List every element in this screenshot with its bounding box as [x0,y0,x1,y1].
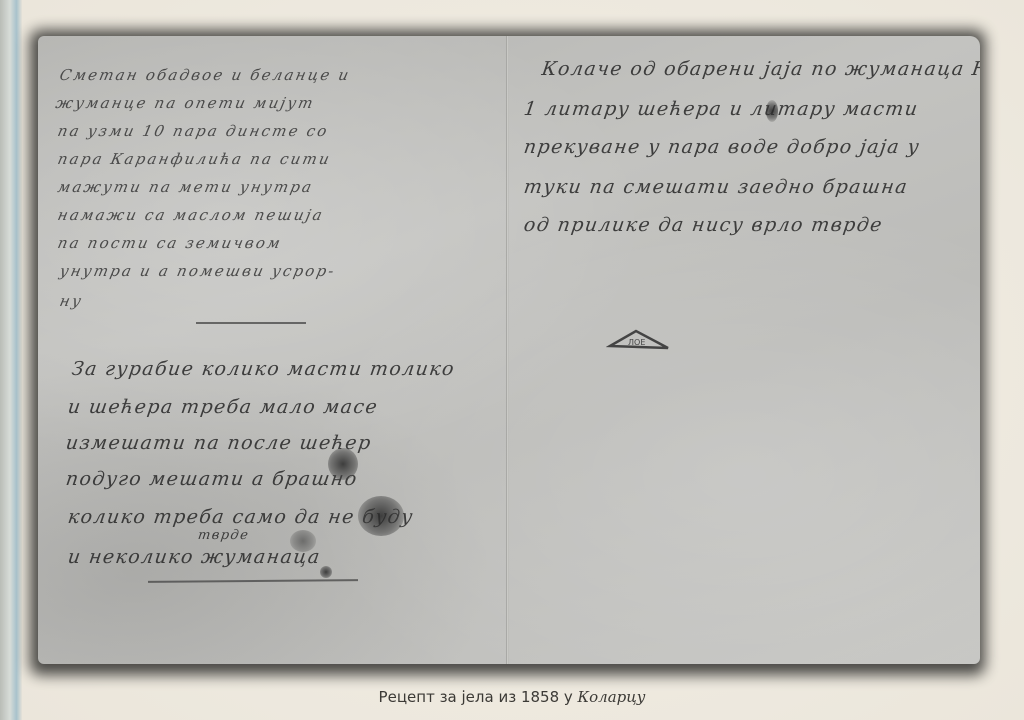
left-page: Сметан обадвое и беланце и жуманце па оп… [38,36,506,664]
handwriting-line: унутра и а помешви усрор- [58,262,338,280]
handwriting-line: и неколико жуманаца [66,546,322,568]
handwriting-line: 1 литару шећера и литару масти [522,98,920,120]
separator-rule [196,322,306,324]
ink-stain [358,496,404,536]
center-fold [506,36,509,664]
handwriting-line: За гурабие колико масти толико [70,358,456,380]
ink-stain [328,448,358,480]
handwriting-line: Колаче од обарени јаја по жуманаца На [540,58,980,80]
handwriting-line: од прилике да нису врло тврде [522,214,884,236]
handwriting-line: подуго мешати а брашно [64,468,359,490]
handwriting-line: прекуване у пара воде добро јаја у [522,136,921,158]
figure-caption: Рецепт за јела из 1858 у Коларцу [0,688,1024,706]
handwriting-line: ну [58,292,85,310]
handwriting-line: измешати па после шећер [64,432,373,454]
handwriting-line: намажи са маслом пешија [56,206,326,224]
handwriting-line: мажути па мети унутра [56,178,315,196]
svg-text:ЛОЕ: ЛОЕ [628,338,645,347]
handwriting-line: туки па смешати заедно брашна [522,176,909,198]
caption-text: Рецепт за јела из 1858 у [379,688,578,706]
handwriting-line: жуманце па опети мијут [54,94,317,112]
book-gutter [0,0,22,720]
handwriting-line: па пости са земичвом [56,234,284,252]
ink-stain [320,566,332,578]
handwriting-line: па узми 10 пара динсте со [56,122,330,140]
ink-stain [290,530,316,552]
right-page: Колаче од обарени јаја по жуманаца На 1 … [510,36,980,664]
underline-rule [148,579,358,582]
handwritten-recipe-document: Сметан обадвое и беланце и жуманце па оп… [38,36,980,664]
handwriting-line: и шећера треба мало масе [66,396,379,418]
triangular-stamp-icon: ЛОЕ [606,328,672,352]
handwriting-line: Сметан обадвое и беланце и [58,66,352,84]
handwriting-insertion: тврде [197,528,250,543]
ink-stain [766,100,778,122]
caption-italic-text: Коларцу [578,688,646,706]
stamp-mark: ЛОЕ [606,328,672,352]
handwriting-line: пара Каранфилића па сити [56,150,333,168]
